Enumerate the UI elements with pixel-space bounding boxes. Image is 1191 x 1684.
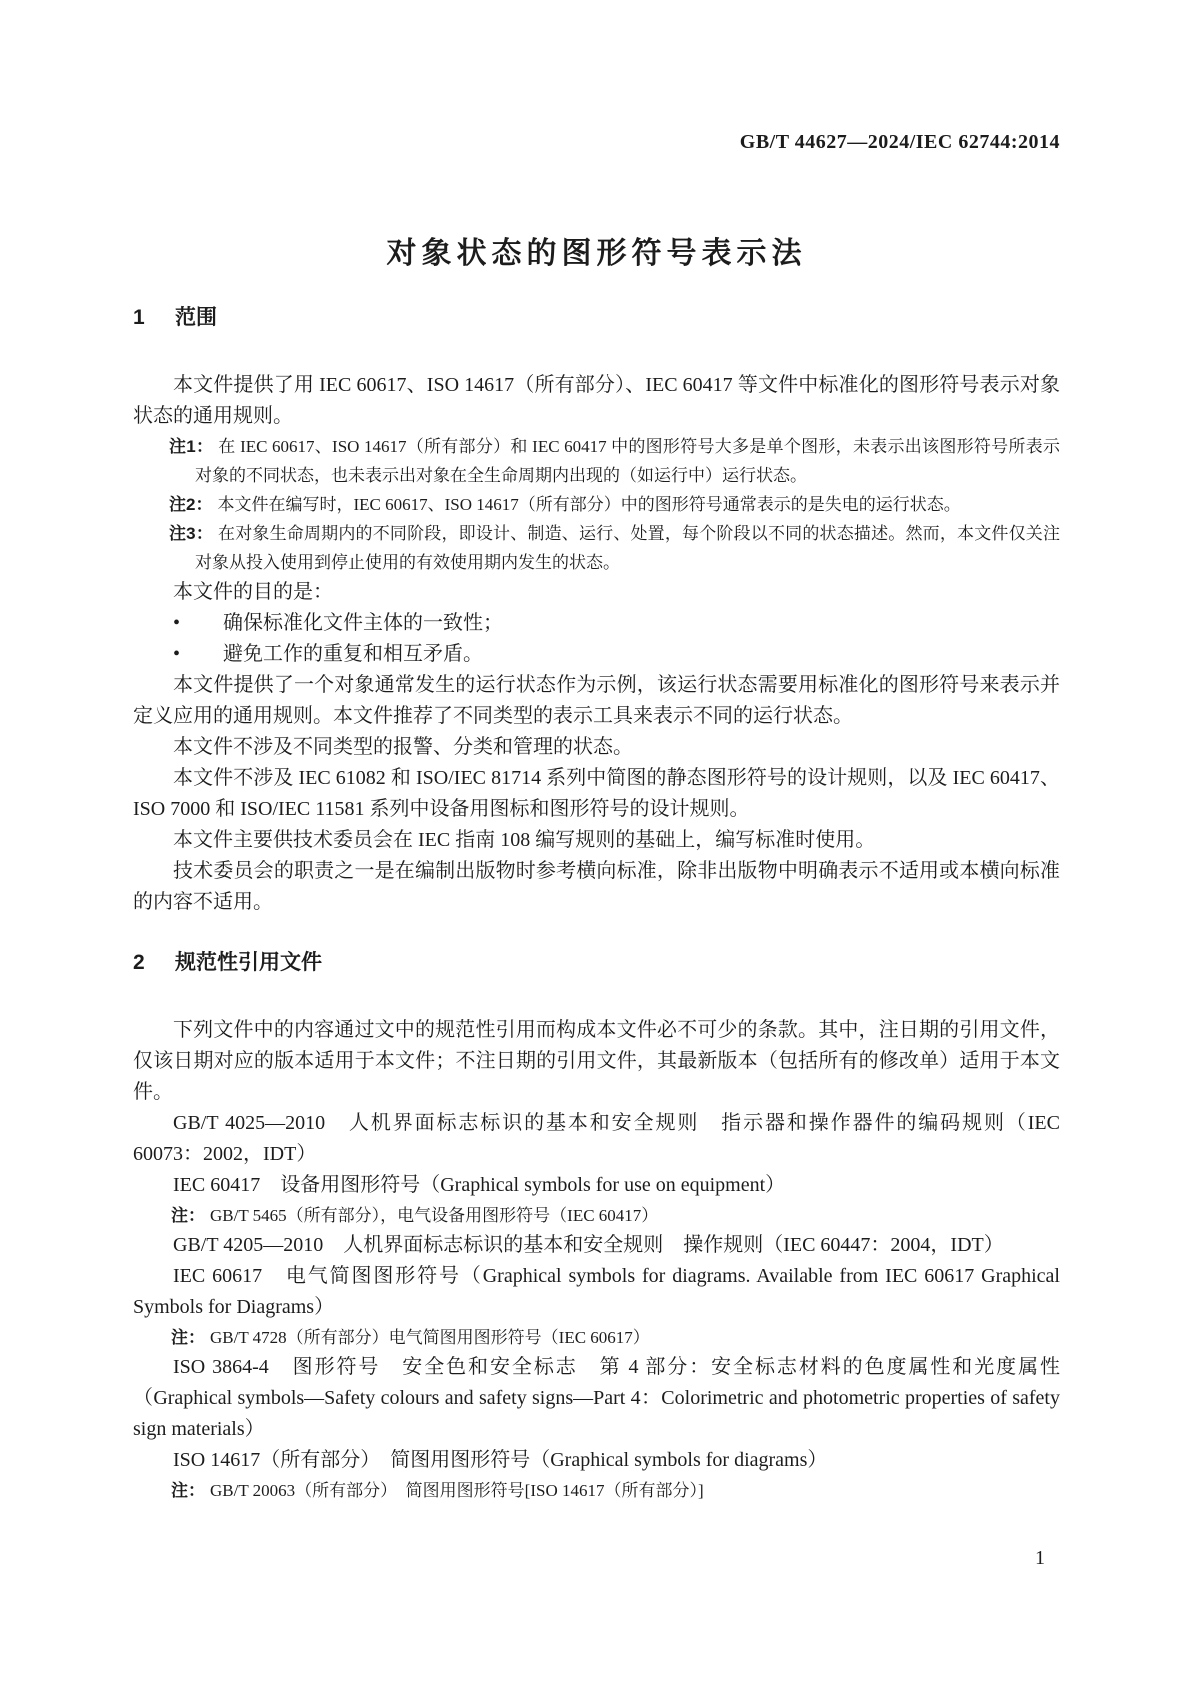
section2-heading: 2规范性引用文件 bbox=[133, 949, 1060, 977]
section1-heading: 1范围 bbox=[133, 304, 1060, 332]
doc-number: GB/T 44627—2024/IEC 62744:2014 bbox=[740, 131, 1060, 153]
scope-note-1: 注1：在 IEC 60617、ISO 14617（所有部分）和 IEC 6041… bbox=[133, 432, 1060, 490]
bullet-icon: • bbox=[173, 639, 180, 670]
note-label: 注3： bbox=[169, 524, 213, 543]
reference-note-4: 注：GB/T 4728（所有部分）电气简图用图形符号（IEC 60617） bbox=[133, 1323, 1060, 1352]
scope-paragraph-3: 本文件不涉及不同类型的报警、分类和管理的状态。 bbox=[133, 732, 1060, 763]
note-label: 注： bbox=[171, 1206, 205, 1225]
section2-number: 2 bbox=[133, 949, 175, 977]
references-intro: 下列文件中的内容通过文中的规范性引用而构成本文件必不可少的条款。其中，注日期的引… bbox=[133, 1015, 1060, 1108]
reference-item-3: GB/T 4205—2010 人机界面标志标识的基本和安全规则 操作规则（IEC… bbox=[133, 1230, 1060, 1261]
bullet-text: 确保标准化文件主体的一致性； bbox=[223, 612, 503, 634]
scope-paragraph-5: 本文件主要供技术委员会在 IEC 指南 108 编写规则的基础上，编写标准时使用… bbox=[133, 825, 1060, 856]
section-normative-references: 2规范性引用文件 下列文件中的内容通过文中的规范性引用而构成本文件必不可少的条款… bbox=[133, 949, 1060, 1505]
section-scope: 1范围 本文件提供了用 IEC 60617、ISO 14617（所有部分）、IE… bbox=[133, 304, 1060, 918]
document-header: GB/T 44627—2024/IEC 62744:2014 bbox=[133, 130, 1060, 154]
note-label: 注2： bbox=[169, 495, 212, 514]
scope-paragraph-4: 本文件不涉及 IEC 61082 和 ISO/IEC 81714 系列中简图的静… bbox=[133, 763, 1060, 825]
reference-item-1: GB/T 4025—2010 人机界面标志标识的基本和安全规则 指示器和操作器件… bbox=[133, 1108, 1060, 1170]
note-text: GB/T 4728（所有部分）电气简图用图形符号（IEC 60617） bbox=[210, 1328, 650, 1347]
note-text: 在 IEC 60617、ISO 14617（所有部分）和 IEC 60417 中… bbox=[195, 437, 1060, 485]
section1-title: 范围 bbox=[175, 306, 217, 329]
bullet-text: 避免工作的重复和相互矛盾。 bbox=[223, 643, 483, 665]
bullet-icon: • bbox=[173, 608, 180, 639]
note-label: 注： bbox=[171, 1328, 205, 1347]
scope-paragraph-2: 本文件提供了一个对象通常发生的运行状态作为示例，该运行状态需要用标准化的图形符号… bbox=[133, 670, 1060, 732]
section1-number: 1 bbox=[133, 304, 175, 332]
section2-title: 规范性引用文件 bbox=[175, 951, 322, 974]
scope-purpose-intro: 本文件的目的是： bbox=[133, 577, 1060, 608]
page-title: 对象状态的图形符号表示法 bbox=[133, 235, 1060, 273]
page-number: 1 bbox=[1035, 1547, 1045, 1569]
scope-note-2: 注2：本文件在编写时，IEC 60617、ISO 14617（所有部分）中的图形… bbox=[133, 490, 1060, 519]
note-text: GB/T 5465（所有部分），电气设备用图形符号（IEC 60417） bbox=[210, 1206, 658, 1225]
note-text: 本文件在编写时，IEC 60617、ISO 14617（所有部分）中的图形符号通… bbox=[217, 495, 960, 514]
scope-note-3: 注3：在对象生命周期内的不同阶段，即设计、制造、运行、处置，每个阶段以不同的状态… bbox=[133, 519, 1060, 577]
scope-paragraph-1: 本文件提供了用 IEC 60617、ISO 14617（所有部分）、IEC 60… bbox=[133, 370, 1060, 432]
reference-item-5: ISO 3864-4 图形符号 安全色和安全标志 第 4 部分：安全标志材料的色… bbox=[133, 1352, 1060, 1445]
purpose-bullet-2: •避免工作的重复和相互矛盾。 bbox=[133, 639, 1060, 670]
reference-item-4: IEC 60617 电气简图图形符号（Graphical symbols for… bbox=[133, 1261, 1060, 1323]
note-text: 在对象生命周期内的不同阶段，即设计、制造、运行、处置，每个阶段以不同的状态描述。… bbox=[195, 524, 1060, 572]
document-page: GB/T 44627—2024/IEC 62744:2014 对象状态的图形符号… bbox=[0, 0, 1191, 1684]
note-label: 注1： bbox=[169, 437, 213, 456]
note-text: GB/T 20063（所有部分） 简图用图形符号[ISO 14617（所有部分）… bbox=[210, 1481, 704, 1500]
scope-paragraph-6: 技术委员会的职责之一是在编制出版物时参考横向标准，除非出版物中明确表示不适用或本… bbox=[133, 856, 1060, 918]
reference-note-6: 注：GB/T 20063（所有部分） 简图用图形符号[ISO 14617（所有部… bbox=[133, 1476, 1060, 1505]
purpose-bullet-1: •确保标准化文件主体的一致性； bbox=[133, 608, 1060, 639]
reference-note-2: 注：GB/T 5465（所有部分），电气设备用图形符号（IEC 60417） bbox=[133, 1201, 1060, 1230]
note-label: 注： bbox=[171, 1481, 205, 1500]
page-footer: 1 bbox=[1035, 1546, 1045, 1570]
reference-item-2: IEC 60417 设备用图形符号（Graphical symbols for … bbox=[133, 1170, 1060, 1201]
reference-item-6: ISO 14617（所有部分） 简图用图形符号（Graphical symbol… bbox=[133, 1445, 1060, 1476]
